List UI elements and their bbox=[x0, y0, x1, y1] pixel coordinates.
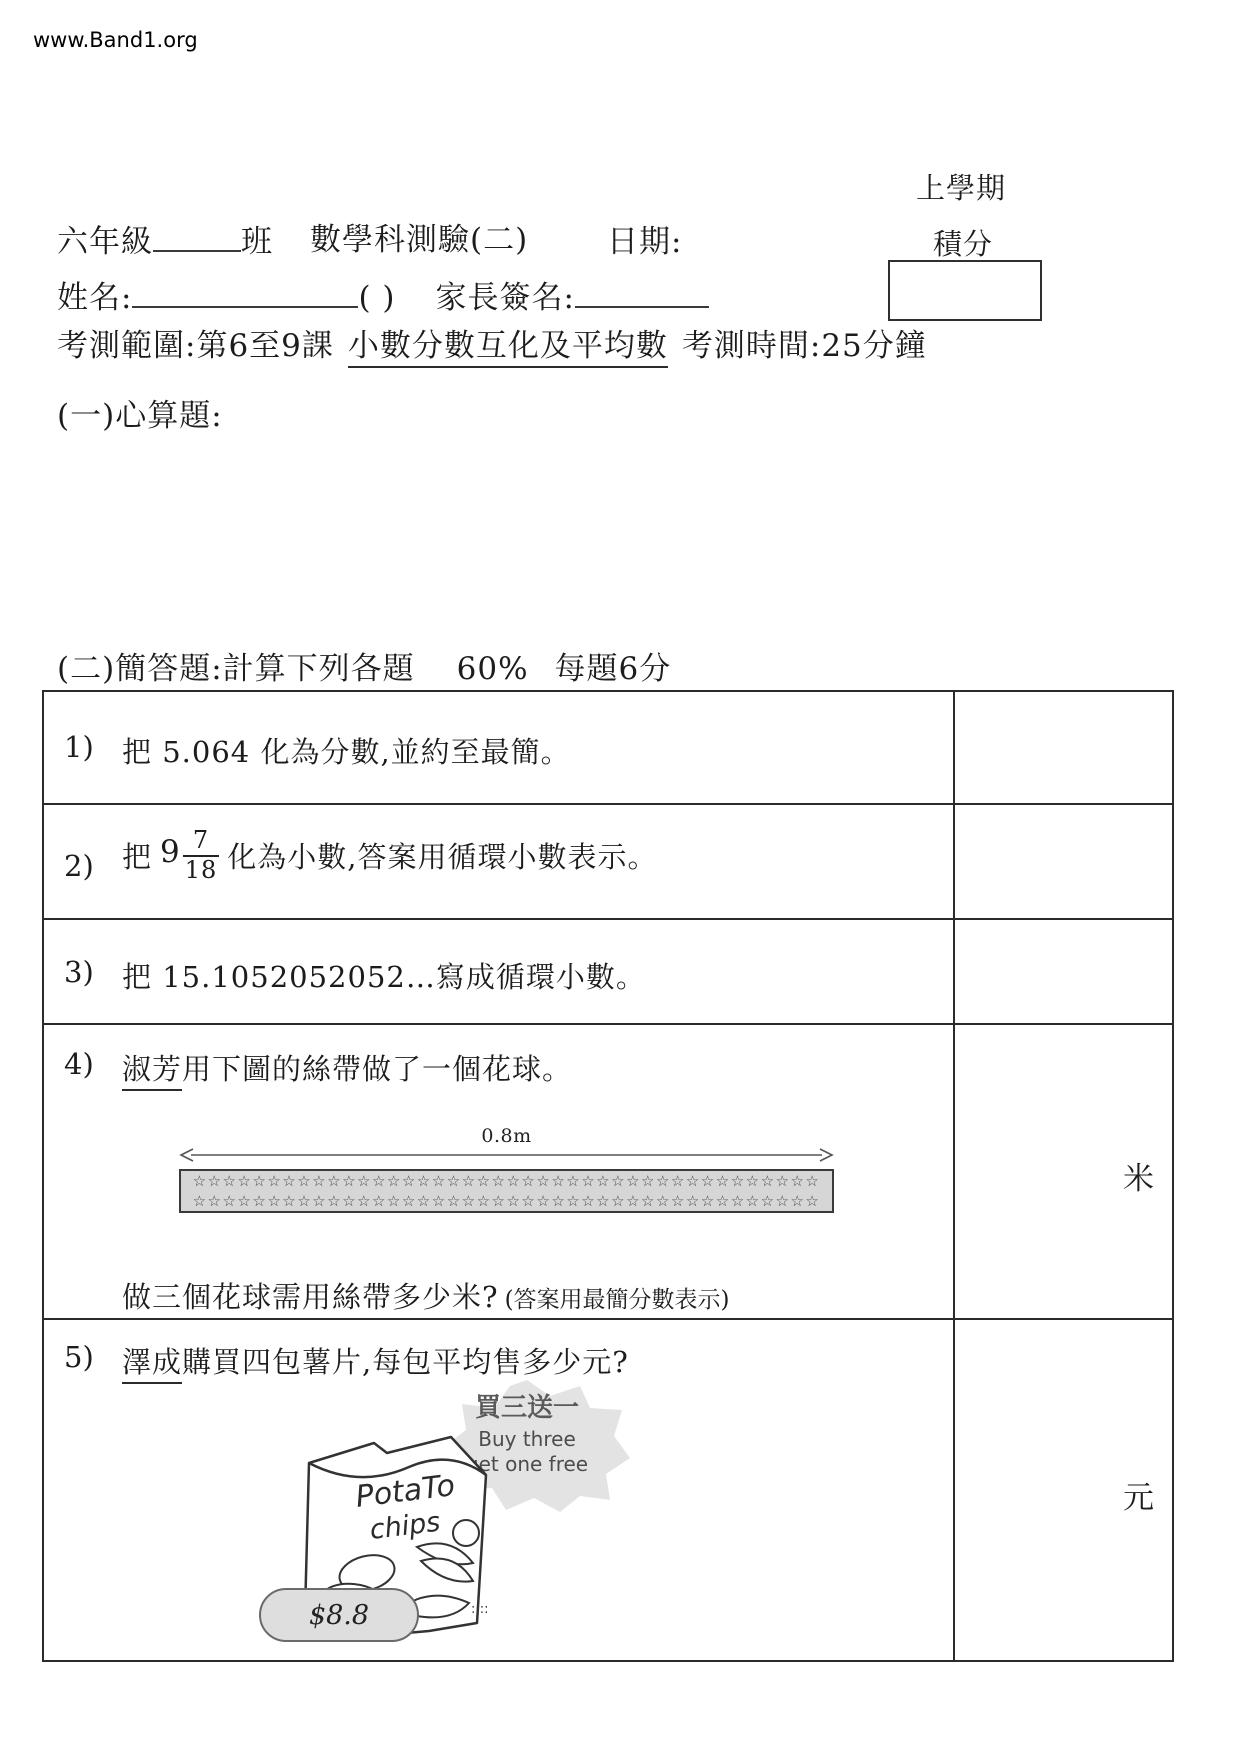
question-row-2: 2) 把 9 7 18 化為小數,答案用循環小數表示。 bbox=[44, 805, 1172, 920]
mixed-number-whole: 9 bbox=[160, 834, 181, 870]
question-cell-5: 5) 澤成 購買四包薯片,每包平均售多少元? 買三送一 Buy three ge… bbox=[44, 1320, 955, 1660]
test-title: 數學科測驗(二) bbox=[310, 214, 528, 259]
fraction-denominator: 18 bbox=[183, 855, 220, 885]
name-blank bbox=[132, 273, 358, 308]
person-name: 淑芳 bbox=[122, 1047, 182, 1091]
section-mental-title: (一)心算題: bbox=[57, 390, 223, 435]
time-label: 考測時間:25分鐘 bbox=[682, 320, 927, 368]
answer-cell-1 bbox=[955, 692, 1172, 803]
length-arrow bbox=[179, 1147, 834, 1163]
scope-topic: 小數分數互化及平均數 bbox=[348, 320, 668, 368]
questions-table: 1) 把 5.064 化為分數,並約至最簡。 2) 把 9 7 18 化為小數,… bbox=[42, 690, 1174, 1662]
name-label: 姓名: bbox=[57, 280, 132, 316]
question-row-1: 1) 把 5.064 化為分數,並約至最簡。 bbox=[44, 692, 1172, 805]
price-text: $8.8 bbox=[309, 1600, 369, 1631]
fraction-numerator: 7 bbox=[191, 827, 211, 855]
question-text: 把 5.064 化為分數,並約至最簡。 bbox=[122, 730, 571, 771]
question-text-rest: 用下圖的絲帶做了一個花球。 bbox=[182, 1047, 572, 1088]
question-row-4: 4) 淑芳 用下圖的絲帶做了一個花球。 0.8m ☆☆☆☆☆☆☆☆☆☆☆☆☆☆☆… bbox=[44, 1025, 1172, 1320]
score-box bbox=[888, 260, 1042, 321]
ribbon-illustration: ☆☆☆☆☆☆☆☆☆☆☆☆☆☆☆☆☆☆☆☆☆☆☆☆☆☆☆☆☆☆☆☆☆☆☆☆☆☆☆☆… bbox=[179, 1169, 834, 1213]
question-number: 3) bbox=[64, 955, 94, 989]
class-suffix-label: 班 bbox=[241, 224, 273, 260]
short-weight: 60% bbox=[457, 651, 529, 687]
watermark: www.Band1.org bbox=[33, 28, 198, 52]
answer-cell-5: 元 bbox=[955, 1320, 1172, 1660]
answer-cell-3 bbox=[955, 920, 1172, 1023]
score-label: 積分 bbox=[933, 222, 993, 263]
semester-label: 上學期 bbox=[916, 166, 1006, 207]
question-text: 把 15.1052052052…寫成循環小數。 bbox=[122, 955, 646, 996]
class-blank bbox=[153, 217, 241, 252]
fraction: 7 18 bbox=[183, 827, 220, 884]
price-tag: $8.8 bbox=[259, 1588, 419, 1642]
person-name: 澤成 bbox=[122, 1340, 182, 1384]
section-short-title: (二)簡答題:計算下列各題 60% 每題6分 bbox=[57, 643, 671, 688]
question-number: 4) bbox=[64, 1047, 94, 1081]
parent-sign-label: 家長簽名: bbox=[436, 280, 575, 316]
header-line-1: 六年級班 bbox=[57, 216, 273, 261]
scanned-test-paper: www.Band1.org 上學期 積分 六年級班 數學科測驗(二) 日期: 姓… bbox=[0, 0, 1240, 1754]
answer-cell-4: 米 bbox=[955, 1025, 1172, 1318]
scope-label: 考測範圍:第6至9課 bbox=[57, 320, 334, 368]
answer-unit-label: 米 bbox=[1123, 1153, 1154, 1198]
question-row-3: 3) 把 15.1052052052…寫成循環小數。 bbox=[44, 920, 1172, 1025]
question-cell-2: 2) 把 9 7 18 化為小數,答案用循環小數表示。 bbox=[44, 805, 955, 918]
parent-sign-blank bbox=[575, 273, 709, 308]
question-row-5: 5) 澤成 購買四包薯片,每包平均售多少元? 買三送一 Buy three ge… bbox=[44, 1320, 1172, 1660]
header-line-2: 姓名:( )家長簽名: bbox=[57, 272, 709, 317]
star-row: ☆☆☆☆☆☆☆☆☆☆☆☆☆☆☆☆☆☆☆☆☆☆☆☆☆☆☆☆☆☆☆☆☆☆☆☆☆☆☆☆… bbox=[181, 1171, 832, 1191]
question-text-post: 化為小數,答案用循環小數表示。 bbox=[227, 835, 657, 876]
date-label: 日期: bbox=[607, 216, 682, 261]
length-label: 0.8m bbox=[179, 1125, 834, 1147]
question-number: 2) bbox=[64, 849, 94, 883]
answer-cell-2 bbox=[955, 805, 1172, 918]
question-text-pre: 把 bbox=[122, 835, 152, 876]
header-line-3: 考測範圍:第6至9課 小數分數互化及平均數 考測時間:25分鐘 bbox=[57, 320, 927, 368]
short-title-prefix: (二)簡答題:計算下列各題 bbox=[57, 643, 415, 688]
short-per-question: 每題6分 bbox=[555, 643, 672, 688]
bag-dots-icon: :::: bbox=[471, 1602, 489, 1617]
question-cell-3: 3) 把 15.1052052052…寫成循環小數。 bbox=[44, 920, 955, 1023]
answer-unit-label: 元 bbox=[1123, 1472, 1154, 1517]
question-text: 把 9 7 18 化為小數,答案用循環小數表示。 bbox=[122, 827, 658, 884]
question-cell-4: 4) 淑芳 用下圖的絲帶做了一個花球。 0.8m ☆☆☆☆☆☆☆☆☆☆☆☆☆☆☆… bbox=[44, 1025, 955, 1318]
question-cell-1: 1) 把 5.064 化為分數,並約至最簡。 bbox=[44, 692, 955, 803]
question-text: 淑芳 用下圖的絲帶做了一個花球。 bbox=[122, 1047, 572, 1091]
question-text-rest: 購買四包薯片,每包平均售多少元? bbox=[182, 1340, 629, 1381]
sub-question: 做三個花球需用絲帶多少米? bbox=[122, 1275, 499, 1316]
sub-question-note: (答案用最簡分數表示) bbox=[505, 1281, 730, 1314]
grade-label: 六年級 bbox=[57, 224, 153, 260]
sub-question-line: 做三個花球需用絲帶多少米? (答案用最簡分數表示) bbox=[122, 1275, 730, 1316]
question-number: 5) bbox=[64, 1340, 94, 1374]
star-row: ☆☆☆☆☆☆☆☆☆☆☆☆☆☆☆☆☆☆☆☆☆☆☆☆☆☆☆☆☆☆☆☆☆☆☆☆☆☆☆☆… bbox=[181, 1191, 832, 1211]
ribbon-diagram: 0.8m ☆☆☆☆☆☆☆☆☆☆☆☆☆☆☆☆☆☆☆☆☆☆☆☆☆☆☆☆☆☆☆☆☆☆☆… bbox=[179, 1125, 834, 1213]
class-number-paren: ( ) bbox=[358, 280, 395, 316]
question-number: 1) bbox=[64, 730, 94, 764]
